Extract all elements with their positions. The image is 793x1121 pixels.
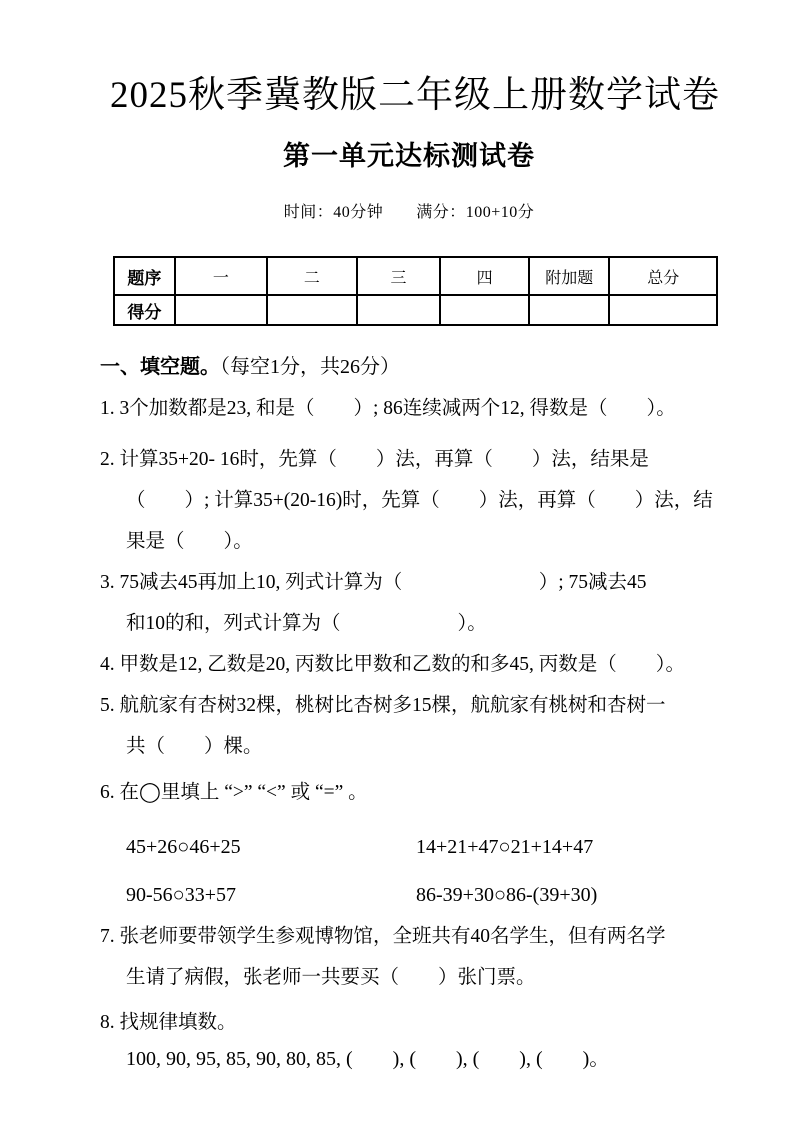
exam-meta: 时间：40分钟 满分：100+10分 [100, 199, 718, 222]
score-table-col-2: 二 [267, 257, 357, 295]
score-cell [609, 295, 717, 325]
question-prompt: 6. 在◯里填上 “>” “<” 或 “=” 。 [100, 772, 718, 813]
question-line: 7. 张老师要带领学生参观博物馆，全班共有40名学生，但有两名学 [100, 916, 718, 957]
question-line: 生请了病假，张老师一共要买（ ）张门票。 [100, 957, 718, 998]
comparison-row: 90-56○33+57 86-39+30○86-(39+30) [100, 875, 718, 916]
score-cell [529, 295, 609, 325]
question-8: 8. 找规律填数。 100, 90, 95, 85, 90, 80, 85, (… [100, 1002, 718, 1076]
question-1: 1. 3个加数都是23, 和是（ ）; 86连续减两个12, 得数是（ ）。 [100, 388, 718, 429]
comparison-expression: 90-56○33+57 [126, 875, 416, 916]
comparison-expression: 86-39+30○86-(39+30) [416, 875, 597, 916]
score-cell [357, 295, 440, 325]
section-1-heading-note: （每空1分，共26分） [220, 356, 400, 378]
score-table-label-order: 题序 [114, 257, 175, 295]
question-6: 6. 在◯里填上 “>” “<” 或 “=” 。 45+26○46+25 14+… [100, 772, 718, 916]
score-table-col-total: 总分 [609, 257, 717, 295]
question-line: 3. 75减去45再加上10, 列式计算为（ ）; 75减去45 [100, 562, 718, 603]
exam-page: 2025秋季冀教版二年级上册数学试卷 第一单元达标测试卷 时间：40分钟 满分：… [0, 0, 793, 1121]
question-3: 3. 75减去45再加上10, 列式计算为（ ）; 75减去45 和10的和，列… [100, 562, 718, 644]
score-table-header-row: 题序 一 二 三 四 附加题 总分 [114, 257, 717, 295]
section-1-heading-title: 一、填空题。 [100, 356, 220, 378]
question-line: 2. 计算35+20- 16时，先算（ ）法，再算（ ）法，结果是 [100, 439, 718, 480]
comparison-row: 45+26○46+25 14+21+47○21+14+47 [100, 827, 718, 868]
comparison-expression: 45+26○46+25 [126, 827, 416, 868]
score-cell [175, 295, 267, 325]
question-2: 2. 计算35+20- 16时，先算（ ）法，再算（ ）法，结果是 （ ）; 计… [100, 439, 718, 562]
comparison-expression: 14+21+47○21+14+47 [416, 827, 593, 868]
question-prompt: 8. 找规律填数。 [100, 1002, 718, 1043]
score-table-col-1: 一 [175, 257, 267, 295]
page-subtitle: 第一单元达标测试卷 [100, 134, 718, 173]
score-cell [267, 295, 357, 325]
question-4: 4. 甲数是12, 乙数是20, 丙数比甲数和乙数的和多45, 丙数是（ ）。 [100, 644, 718, 685]
score-table-label-score: 得分 [114, 295, 175, 325]
question-line: 和10的和，列式计算为（ ）。 [100, 603, 718, 644]
question-line: 4. 甲数是12, 乙数是20, 丙数比甲数和乙数的和多45, 丙数是（ ）。 [100, 644, 718, 685]
question-line: 5. 航航家有杏树32棵，桃树比杏树多15棵，航航家有桃树和杏树一 [100, 685, 718, 726]
question-7: 7. 张老师要带领学生参观博物馆，全班共有40名学生，但有两名学 生请了病假，张… [100, 916, 718, 998]
score-table: 题序 一 二 三 四 附加题 总分 得分 [113, 256, 718, 326]
question-line: 果是（ ）。 [100, 521, 718, 562]
question-line: 共（ ）棵。 [100, 726, 718, 767]
score-cell [440, 295, 529, 325]
score-table-col-bonus: 附加题 [529, 257, 609, 295]
question-line: （ ）; 计算35+(20-16)时，先算（ ）法，再算（ ）法，结 [100, 480, 718, 521]
question-5: 5. 航航家有杏树32棵，桃树比杏树多15棵，航航家有桃树和杏树一 共（ ）棵。 [100, 685, 718, 767]
score-table-score-row: 得分 [114, 295, 717, 325]
number-sequence: 100, 90, 95, 85, 90, 80, 85, ( ), ( ), (… [100, 1043, 718, 1076]
question-line: 1. 3个加数都是23, 和是（ ）; 86连续减两个12, 得数是（ ）。 [100, 388, 718, 429]
score-table-col-3: 三 [357, 257, 440, 295]
score-table-col-4: 四 [440, 257, 529, 295]
page-title: 2025秋季冀教版二年级上册数学试卷 [110, 64, 718, 118]
section-1-heading: 一、填空题。（每空1分，共26分） [100, 347, 718, 388]
